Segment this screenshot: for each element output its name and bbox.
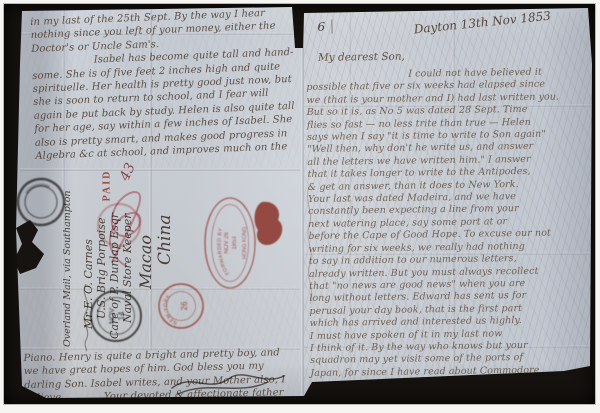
origin-datestamp: NOV 14 [89,289,143,343]
left-page-text: in my last of the 25th Sept. By the way … [30,6,299,163]
letter-scan: in my last of the 25th Sept. By the way … [0,0,600,413]
oval-line2: 1853 [232,236,238,250]
oval-line1: NOV 26 [224,232,230,254]
dateline: Dayton 13th Nov 1853 [413,9,551,37]
transit-value: 26 [180,301,189,310]
faint-pen-squiggle [78,282,96,352]
red-ink-smudge [252,200,288,252]
oval-arc-bottom: HONG KONG [242,227,248,259]
right-page: 6 Dayton 13th Nov 1853 My dearest Son, I… [303,12,596,398]
right-page-text: I could not have believed itpossible tha… [306,66,596,380]
margin-scribble [302,186,318,306]
transit-datestamp: NEW-YORK 26 [157,282,205,330]
letter-sheet: in my last of the 25th Sept. By the way … [16,4,594,404]
paper-tear [14,220,48,276]
forwarder-oval-stamp: FORWARDED BY NOV 26 1853 HONG KONG [203,195,257,291]
salutation: My dearest Son, [318,51,405,64]
signature-flourish [168,368,290,398]
page-number: 6 [317,20,332,34]
cds-month: NOV [107,308,116,324]
cds-day: 14 [117,311,126,320]
faint-red-datestamp [97,203,141,247]
